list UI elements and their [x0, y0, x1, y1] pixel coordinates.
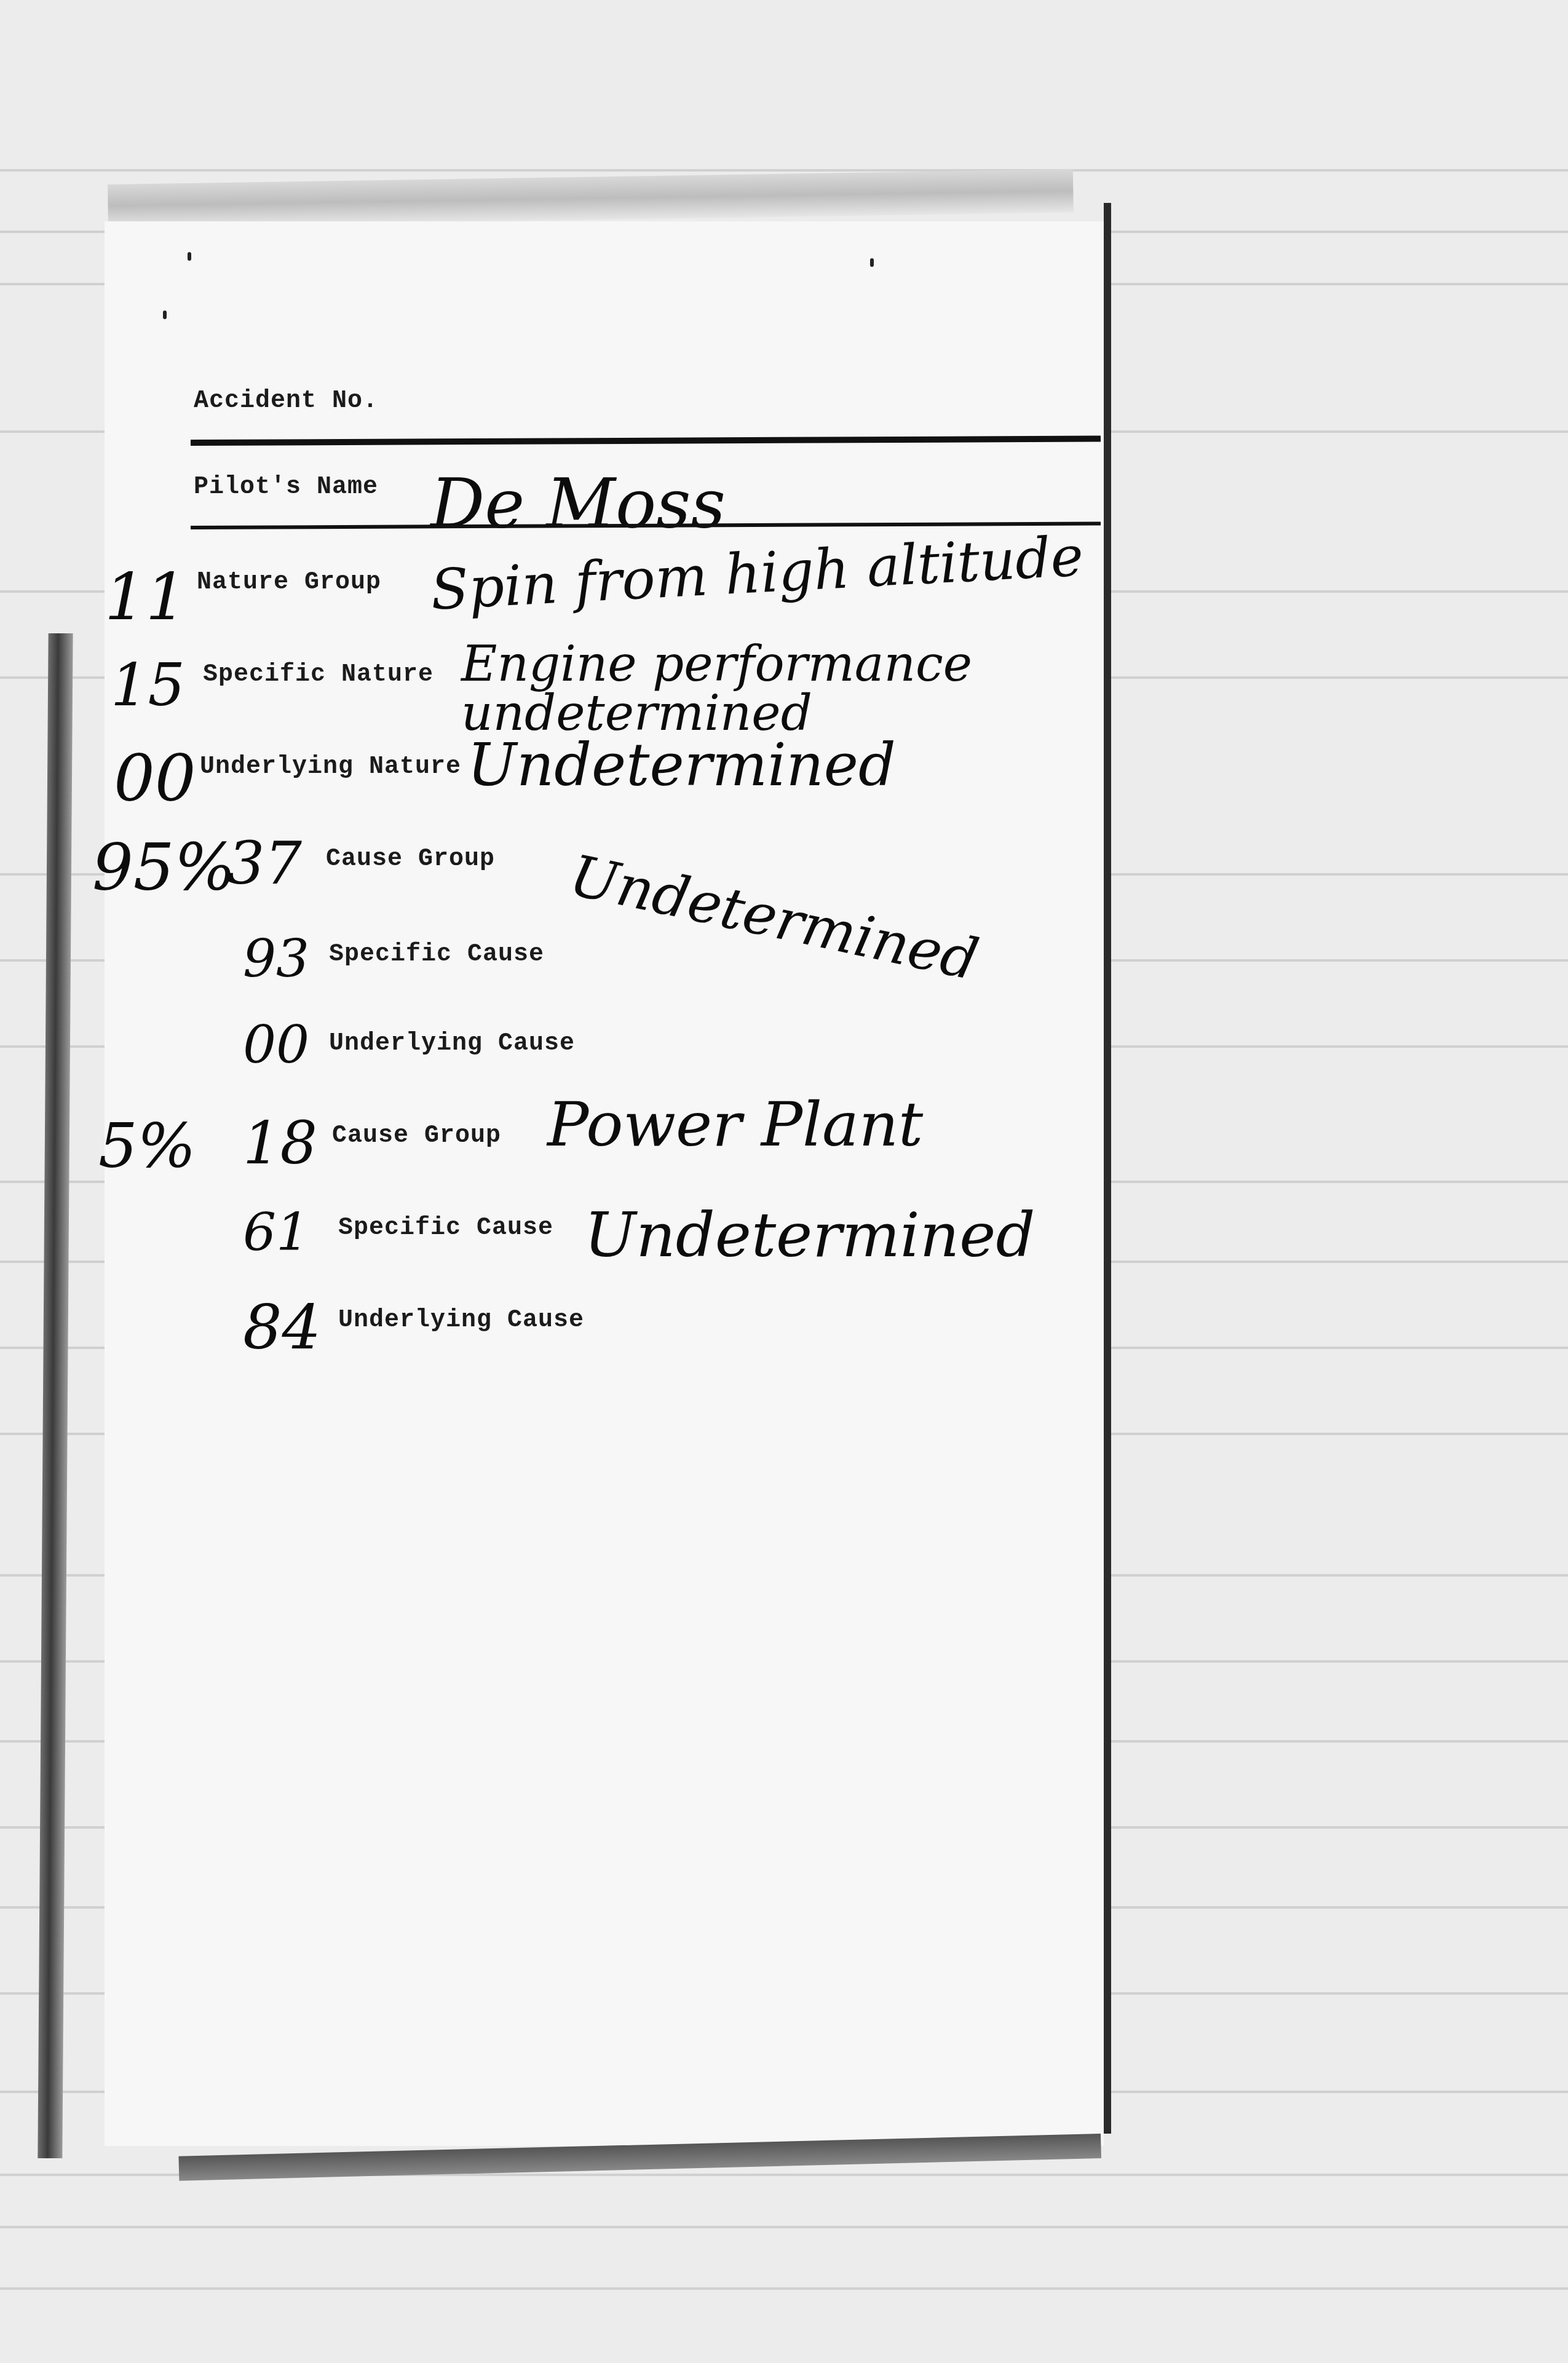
cause-2-group-value: Power Plant	[547, 1088, 923, 1160]
label-cause-2-underlying: Underlying Cause	[338, 1307, 584, 1334]
cause-2-share: 5%	[98, 1110, 196, 1182]
card-shadow-top	[108, 169, 1074, 228]
card-right-edge	[1104, 203, 1111, 2134]
card-shadow-left	[38, 633, 73, 2158]
accident-card: Accident No. Pilot's Name De Moss 11 Nat…	[105, 221, 1104, 2146]
cause-1-share: 95%	[92, 830, 236, 905]
accident-no-line	[191, 436, 1101, 446]
underlying-nature-code: 00	[114, 741, 196, 816]
cause-1-underlying-code: 00	[243, 1015, 309, 1075]
cause-2-underlying-code: 84	[243, 1291, 321, 1363]
specific-nature-value: Engine performance undetermined	[461, 639, 1076, 738]
label-cause-1-underlying: Underlying Cause	[329, 1030, 575, 1058]
label-cause-1-specific: Specific Cause	[329, 941, 544, 968]
ink-speck	[870, 258, 874, 267]
label-underlying-nature: Underlying Nature	[200, 753, 461, 781]
label-cause-2-specific: Specific Cause	[338, 1214, 553, 1242]
pilot-name-value: De Moss	[430, 464, 726, 543]
label-cause-1-group: Cause Group	[326, 845, 495, 873]
label-cause-2-group: Cause Group	[332, 1122, 501, 1150]
ink-speck	[163, 311, 167, 319]
cause-1-group-value: Undetermined	[564, 842, 984, 993]
cause-2-specific-code: 61	[243, 1202, 309, 1263]
cause-2-group-code: 18	[243, 1110, 317, 1178]
nature-group-code: 11	[105, 560, 187, 635]
specific-nature-code: 15	[111, 652, 185, 719]
label-pilot-name: Pilot's Name	[194, 473, 378, 501]
cause-1-group-code: 37	[228, 830, 302, 898]
label-specific-nature: Specific Nature	[203, 661, 434, 689]
cause-2-specific-value: Undetermined	[584, 1199, 1035, 1271]
label-accident-no: Accident No.	[194, 387, 378, 415]
underlying-nature-value: Undetermined	[467, 732, 896, 799]
ink-speck	[188, 252, 191, 261]
label-nature-group: Nature Group	[197, 569, 381, 596]
cause-1-specific-code: 93	[243, 928, 309, 989]
